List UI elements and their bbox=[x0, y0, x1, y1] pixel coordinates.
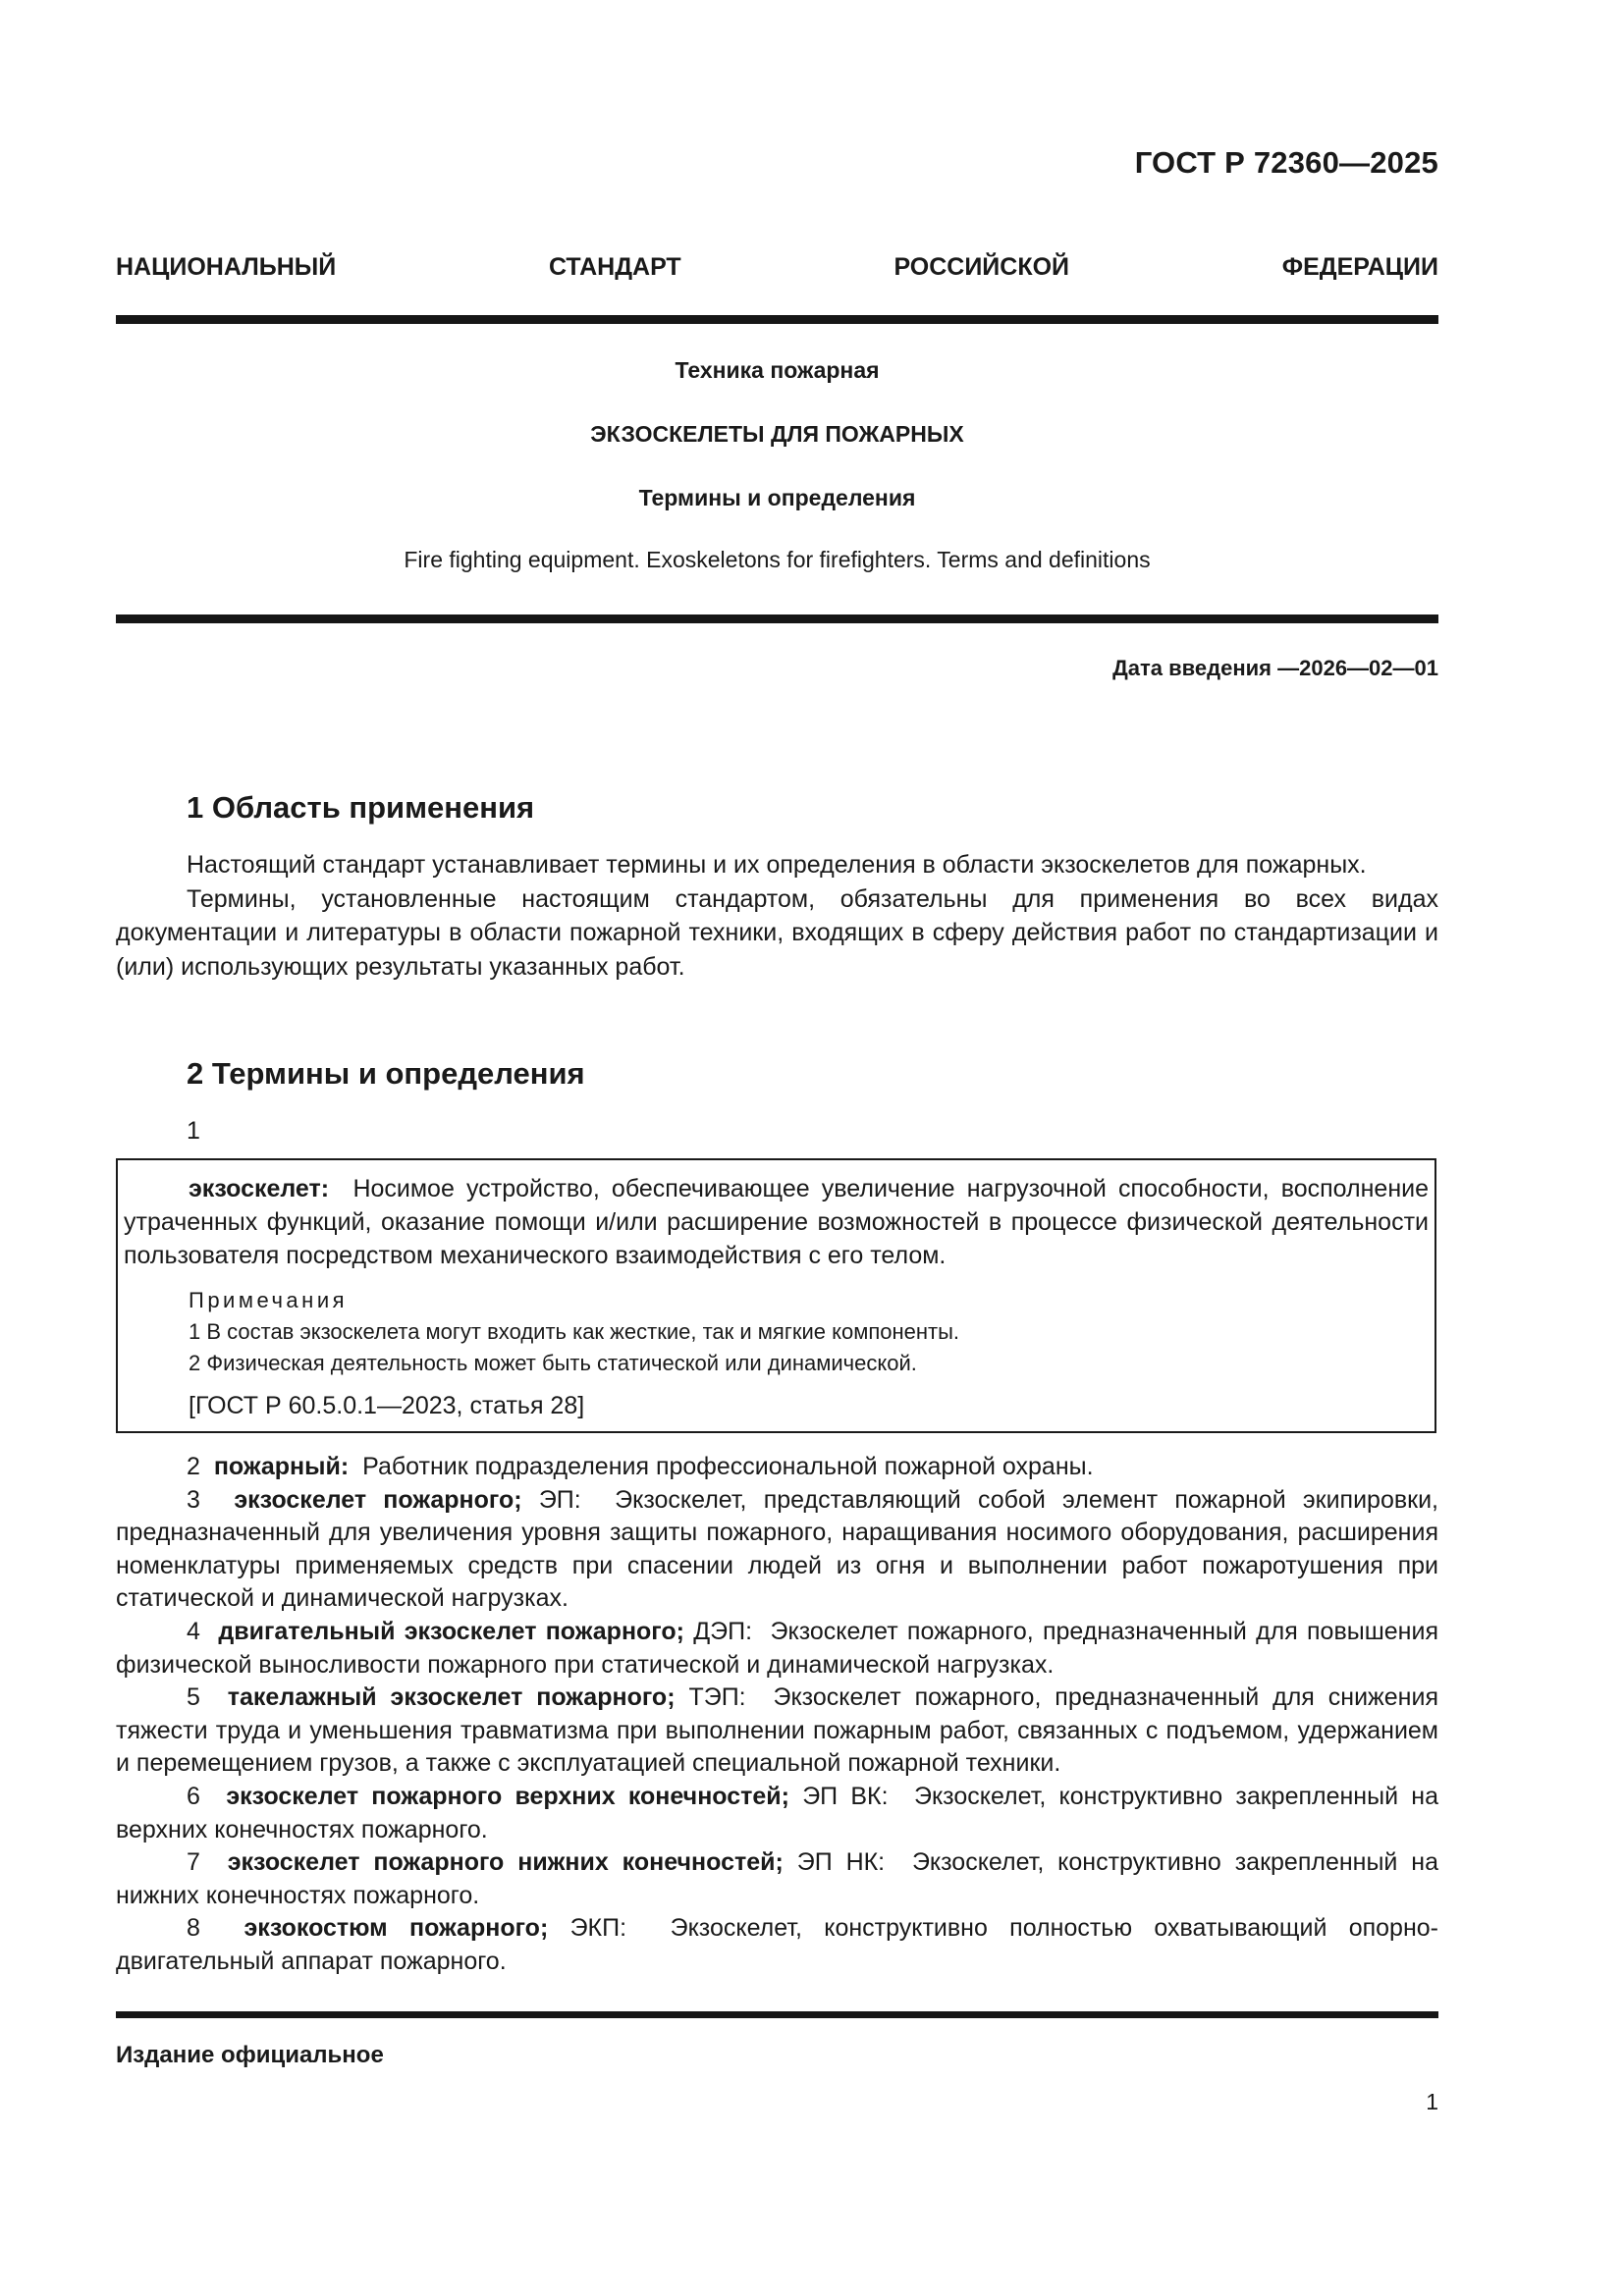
section-1-body: Настоящий стандарт устанавливает термины… bbox=[116, 848, 1438, 984]
term-name: пожарный: bbox=[214, 1453, 349, 1480]
term-1-box: экзоскелет: Носимое устройство, обеспечи… bbox=[116, 1158, 1436, 1433]
introduction-date: Дата введения —2026—02—01 bbox=[1112, 656, 1438, 681]
section-1-paragraph: Термины, установленные настоящим стандар… bbox=[116, 882, 1438, 985]
section-2-heading: 2 Термины и определения bbox=[187, 1056, 585, 1092]
english-title: Fire fighting equipment. Exoskeletons fo… bbox=[116, 547, 1438, 573]
note-1: 1 В состав экзоскелета могут входить как… bbox=[189, 1319, 959, 1345]
term-1-name: экзоскелет: bbox=[189, 1175, 329, 1202]
term-entry: 3 экзоскелет пожарного; ЭП: Экзоскелет, … bbox=[116, 1484, 1438, 1616]
section-1-heading: 1 Область применения bbox=[187, 790, 534, 826]
notes-heading: Примечания bbox=[189, 1288, 348, 1313]
term-entry: 2 пожарный: Работник подразделения профе… bbox=[116, 1451, 1438, 1484]
section-1-paragraph: Настоящий стандарт устанавливает термины… bbox=[116, 848, 1438, 882]
term-entry: 7 экзоскелет пожарного нижних конечносте… bbox=[116, 1846, 1438, 1912]
term-name: двигательный экзоскелет пожарного; bbox=[218, 1618, 684, 1645]
term-1-number: 1 bbox=[187, 1117, 200, 1146]
page-number: 1 bbox=[1426, 2089, 1438, 2115]
note-2: 2 Физическая деятельность может быть ста… bbox=[189, 1351, 917, 1376]
document-subtitle: Термины и определения bbox=[116, 485, 1438, 511]
category-title: Техника пожарная bbox=[116, 357, 1438, 384]
term-entry: 4 двигательный экзоскелет пожарного; ДЭП… bbox=[116, 1616, 1438, 1682]
term-1-definition: экзоскелет: Носимое устройство, обеспечи… bbox=[124, 1172, 1429, 1272]
top-rule bbox=[116, 315, 1438, 324]
standard-type-banner: НАЦИОНАЛЬНЫЙ СТАНДАРТ РОССИЙСКОЙ ФЕДЕРАЦ… bbox=[116, 253, 1438, 282]
term-entry: 6 экзоскелет пожарного верхних конечност… bbox=[116, 1781, 1438, 1846]
standard-code: ГОСТ Р 72360—2025 bbox=[1135, 145, 1438, 181]
term-1-source: [ГОСТ Р 60.5.0.1—2023, статья 28] bbox=[189, 1392, 584, 1420]
term-entry: 8 экзокостюм пожарного; ЭКП: Экзоскелет,… bbox=[116, 1912, 1438, 1978]
term-name: экзокостюм пожарного; bbox=[244, 1914, 549, 1942]
term-name: экзоскелет пожарного верхних конечностей… bbox=[226, 1783, 789, 1810]
terms-list: 2 пожарный: Работник подразделения профе… bbox=[116, 1451, 1438, 1979]
term-name: такелажный экзоскелет пожарного; bbox=[228, 1683, 676, 1711]
official-edition-label: Издание официальное bbox=[116, 2042, 384, 2069]
term-name: экзоскелет пожарного нижних конечностей; bbox=[228, 1848, 784, 1876]
term-name: экзоскелет пожарного; bbox=[234, 1486, 521, 1514]
footer-rule bbox=[116, 2011, 1438, 2018]
term-entry: 5 такелажный экзоскелет пожарного; ТЭП: … bbox=[116, 1682, 1438, 1781]
document-title: ЭКЗОСКЕЛЕТЫ ДЛЯ ПОЖАРНЫХ bbox=[116, 421, 1438, 448]
title-rule bbox=[116, 614, 1438, 623]
